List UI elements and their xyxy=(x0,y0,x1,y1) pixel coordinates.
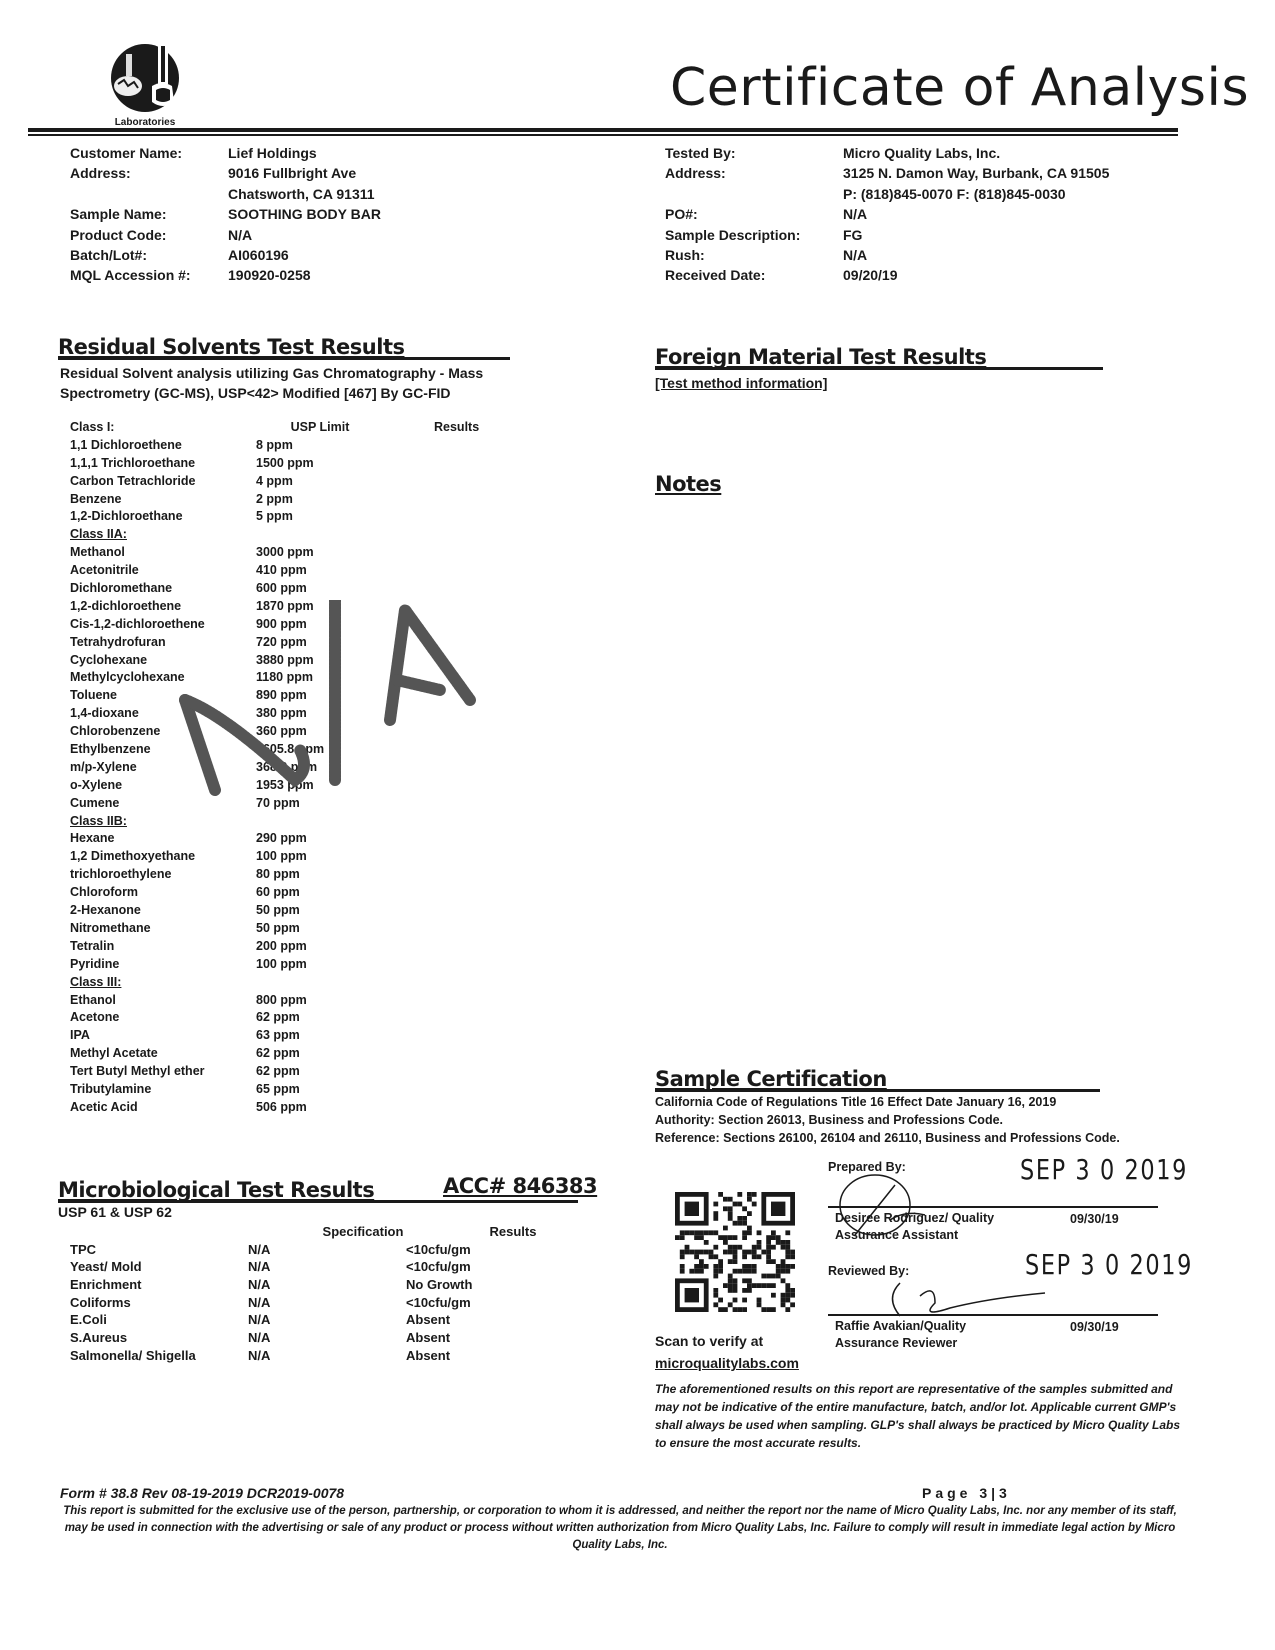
solvent-row: 1,2-Dichloroethane5 ppm xyxy=(70,508,514,526)
info-value: AI060196 xyxy=(228,245,289,265)
solvent-limit: 200 ppm xyxy=(256,938,406,956)
info-value: Micro Quality Labs, Inc. xyxy=(843,143,1000,163)
micro-row: TPCN/A<10cfu/gm xyxy=(70,1241,573,1259)
info-row: P: (818)845-0070 F: (818)845-0030 xyxy=(665,184,1109,204)
solvent-name: Tetralin xyxy=(70,938,256,956)
solvent-name: Chloroform xyxy=(70,884,256,902)
customer-info: Customer Name:Lief HoldingsAddress:9016 … xyxy=(70,143,381,286)
verify-link[interactable]: microqualitylabs.com xyxy=(655,1352,799,1374)
micro-name: E.Coli xyxy=(70,1311,248,1329)
micro-row: Salmonella/ ShigellaN/AAbsent xyxy=(70,1347,573,1365)
micro-row: Yeast/ MoldN/A<10cfu/gm xyxy=(70,1258,573,1276)
solvent-row: Carbon Tetrachloride4 ppm xyxy=(70,473,514,491)
micro-result: Absent xyxy=(406,1329,526,1347)
micro-row: S.AureusN/AAbsent xyxy=(70,1329,573,1347)
scan-text: Scan to verify at xyxy=(655,1333,763,1349)
solvent-limit: 2 ppm xyxy=(256,491,406,509)
solvent-limit: 1500 ppm xyxy=(256,455,406,473)
info-row: Product Code:N/A xyxy=(70,225,381,245)
solvent-name: Dichloromethane xyxy=(70,580,256,598)
solvent-class-header: Class III: xyxy=(70,974,514,992)
solvent-limit: 360 ppm xyxy=(256,723,406,741)
solvent-row: trichloroethylene80 ppm xyxy=(70,866,514,884)
info-row: PO#:N/A xyxy=(665,204,1109,224)
solvent-name: Methylcyclohexane xyxy=(70,669,256,687)
solvent-row: Acetonitrile410 ppm xyxy=(70,562,514,580)
solvent-name: 1,1,1 Trichloroethane xyxy=(70,455,256,473)
residual-solvents-title: Residual Solvents Test Results xyxy=(58,335,404,359)
col-results: Results xyxy=(434,419,514,437)
lab-info: Tested By:Micro Quality Labs, Inc.Addres… xyxy=(665,143,1109,286)
micro-spec: N/A xyxy=(248,1311,406,1329)
section-rule xyxy=(655,1089,1100,1092)
solvent-limit: 900 ppm xyxy=(256,616,406,634)
solvent-row: Pyridine100 ppm xyxy=(70,956,514,974)
solvent-limit: 600 ppm xyxy=(256,580,406,598)
reviewed-signature xyxy=(880,1278,1050,1318)
disclaimer: The aforementioned results on this repor… xyxy=(655,1380,1185,1452)
info-row: Rush:N/A xyxy=(665,245,1109,265)
micro-row: ColiformsN/A<10cfu/gm xyxy=(70,1294,573,1312)
solvent-name: Acetone xyxy=(70,1009,256,1027)
micro-result: <10cfu/gm xyxy=(406,1241,526,1259)
info-label: Customer Name: xyxy=(70,143,228,163)
solvent-row: Tetralin200 ppm xyxy=(70,938,514,956)
info-label: Address: xyxy=(665,163,843,183)
micro-result: <10cfu/gm xyxy=(406,1294,526,1312)
solvent-limit: 3880 ppm xyxy=(256,652,406,670)
accession-number: ACC# 846383 xyxy=(443,1174,597,1198)
document-title: Certificate of Analysis xyxy=(670,58,1249,118)
solvent-class-header: Class IIA: xyxy=(70,526,514,544)
info-label: Address: xyxy=(70,163,228,183)
info-row: Batch/Lot#:AI060196 xyxy=(70,245,381,265)
info-value: SOOTHING BODY BAR xyxy=(228,204,381,224)
solvent-row: Hexane290 ppm xyxy=(70,830,514,848)
solvent-name: Methyl Acetate xyxy=(70,1045,256,1063)
info-label: MQL Accession #: xyxy=(70,265,228,285)
info-label xyxy=(665,184,843,204)
micro-name: Coliforms xyxy=(70,1294,248,1312)
micro-name: S.Aureus xyxy=(70,1329,248,1347)
solvent-name: Acetic Acid xyxy=(70,1099,256,1117)
lab-logo: Laboratories xyxy=(100,40,190,130)
section-rule xyxy=(58,1200,578,1203)
header-rule xyxy=(28,128,1178,132)
prepared-date: 09/30/19 xyxy=(1070,1212,1119,1226)
prepared-date-stamp: SEP 3 0 2019 xyxy=(1020,1153,1188,1186)
class-name: Class IIB: xyxy=(70,813,256,831)
solvent-name: Acetonitrile xyxy=(70,562,256,580)
solvent-name: Ethanol xyxy=(70,992,256,1010)
solvent-row: Acetone62 ppm xyxy=(70,1009,514,1027)
solvent-limit: 4 ppm xyxy=(256,473,406,491)
solvent-class-header: Class I:USP LimitResults xyxy=(70,419,514,437)
solvent-limit: 410 ppm xyxy=(256,562,406,580)
info-label: Received Date: xyxy=(665,265,843,285)
info-label: Batch/Lot#: xyxy=(70,245,228,265)
solvent-limit: 60 ppm xyxy=(256,884,406,902)
solvent-row: 1,1 Dichloroethene8 ppm xyxy=(70,437,514,455)
solvent-limit: 1953 ppm xyxy=(256,777,406,795)
micro-name: Enrichment xyxy=(70,1276,248,1294)
info-row: Sample Name:SOOTHING BODY BAR xyxy=(70,204,381,224)
solvent-name: 2-Hexanone xyxy=(70,902,256,920)
solvent-limit: 368.9 ppm xyxy=(256,759,406,777)
solvent-name: 1,2 Dimethoxyethane xyxy=(70,848,256,866)
microbiological-subtitle: USP 61 & USP 62 xyxy=(58,1204,172,1220)
solvent-row: Chloroform60 ppm xyxy=(70,884,514,902)
info-value: P: (818)845-0070 F: (818)845-0030 xyxy=(843,184,1066,204)
info-row: Tested By:Micro Quality Labs, Inc. xyxy=(665,143,1109,163)
micro-header: SpecificationResults xyxy=(70,1223,573,1241)
micro-name: Yeast/ Mold xyxy=(70,1258,248,1276)
solvent-row: Ethylbenzene1605.8 ppm xyxy=(70,741,514,759)
micro-spec: N/A xyxy=(248,1258,406,1276)
svg-text:Laboratories: Laboratories xyxy=(115,117,176,128)
info-row: Address:3125 N. Damon Way, Burbank, CA 9… xyxy=(665,163,1109,183)
class-name: Class I: xyxy=(70,419,256,437)
solvent-limit: 62 ppm xyxy=(256,1009,406,1027)
reviewed-date-stamp: SEP 3 0 2019 xyxy=(1025,1248,1193,1281)
info-value: 09/20/19 xyxy=(843,265,898,285)
info-value: FG xyxy=(843,225,862,245)
solvent-limit: 62 ppm xyxy=(256,1045,406,1063)
micro-row: E.ColiN/AAbsent xyxy=(70,1311,573,1329)
micro-result: Absent xyxy=(406,1347,526,1365)
micro-spec: N/A xyxy=(248,1276,406,1294)
solvent-name: Methanol xyxy=(70,544,256,562)
solvent-row: Tributylamine65 ppm xyxy=(70,1081,514,1099)
solvent-name: 1,4-dioxane xyxy=(70,705,256,723)
info-row: Chatsworth, CA 91311 xyxy=(70,184,381,204)
info-value: N/A xyxy=(843,204,867,224)
solvent-name: Cis-1,2-dichloroethene xyxy=(70,616,256,634)
solvent-limit: 380 ppm xyxy=(256,705,406,723)
solvent-name: 1,1 Dichloroethene xyxy=(70,437,256,455)
solvent-row: Cyclohexane3880 ppm xyxy=(70,652,514,670)
micro-name: Salmonella/ Shigella xyxy=(70,1347,248,1365)
solvent-name: Tetrahydrofuran xyxy=(70,634,256,652)
solvent-limit: 50 ppm xyxy=(256,902,406,920)
solvent-row: Methylcyclohexane1180 ppm xyxy=(70,669,514,687)
reviewed-by-name: Raffie Avakian/Quality Assurance Reviewe… xyxy=(835,1318,966,1352)
micro-row: EnrichmentN/ANo Growth xyxy=(70,1276,573,1294)
solvent-limit: 800 ppm xyxy=(256,992,406,1010)
solvent-row: Ethanol800 ppm xyxy=(70,992,514,1010)
solvent-row: Methanol3000 ppm xyxy=(70,544,514,562)
solvent-name: IPA xyxy=(70,1027,256,1045)
info-row: Address:9016 Fullbright Ave xyxy=(70,163,381,183)
solvent-limit: 890 ppm xyxy=(256,687,406,705)
solvent-name: Carbon Tetrachloride xyxy=(70,473,256,491)
solvent-row: 1,2 Dimethoxyethane100 ppm xyxy=(70,848,514,866)
foreign-material-title: Foreign Material Test Results xyxy=(655,345,986,369)
solvent-limit: 3000 ppm xyxy=(256,544,406,562)
solvent-limit: 80 ppm xyxy=(256,866,406,884)
solvent-name: Pyridine xyxy=(70,956,256,974)
certification-line: Reference: Sections 26100, 26104 and 261… xyxy=(655,1129,1120,1147)
info-row: Customer Name:Lief Holdings xyxy=(70,143,381,163)
solvent-row: Nitromethane50 ppm xyxy=(70,920,514,938)
micro-result: Absent xyxy=(406,1311,526,1329)
page-number: Page 3|3 xyxy=(922,1485,1011,1501)
info-row: MQL Accession #:190920-0258 xyxy=(70,265,381,285)
solvent-limit: 50 ppm xyxy=(256,920,406,938)
residual-solvents-description: Residual Solvent analysis utilizing Gas … xyxy=(60,363,520,403)
solvent-row: Toluene890 ppm xyxy=(70,687,514,705)
sample-certification-title: Sample Certification xyxy=(655,1067,887,1091)
certification-line: California Code of Regulations Title 16 … xyxy=(655,1093,1120,1111)
solvent-row: 2-Hexanone50 ppm xyxy=(70,902,514,920)
solvent-row: Cis-1,2-dichloroethene900 ppm xyxy=(70,616,514,634)
col-usp-limit: USP Limit xyxy=(256,419,384,437)
qr-code[interactable] xyxy=(675,1192,795,1312)
solvent-name: Tributylamine xyxy=(70,1081,256,1099)
solvent-limit: 65 ppm xyxy=(256,1081,406,1099)
info-row: Sample Description:FG xyxy=(665,225,1109,245)
solvent-row: o-Xylene1953 ppm xyxy=(70,777,514,795)
solvent-name: 1,2-dichloroethene xyxy=(70,598,256,616)
solvent-limit: 506 ppm xyxy=(256,1099,406,1117)
solvent-name: Toluene xyxy=(70,687,256,705)
solvent-row: m/p-Xylene368.9 ppm xyxy=(70,759,514,777)
solvent-name: Tert Butyl Methyl ether xyxy=(70,1063,256,1081)
solvent-row: IPA63 ppm xyxy=(70,1027,514,1045)
solvent-name: Ethylbenzene xyxy=(70,741,256,759)
section-rule xyxy=(655,367,1103,370)
micro-spec: N/A xyxy=(248,1347,406,1365)
scan-verify: Scan to verify at microqualitylabs.com xyxy=(655,1330,799,1374)
info-label: Sample Description: xyxy=(665,225,843,245)
info-row: Received Date:09/20/19 xyxy=(665,265,1109,285)
solvent-name: Hexane xyxy=(70,830,256,848)
solvent-name: trichloroethylene xyxy=(70,866,256,884)
solvent-limit: 5 ppm xyxy=(256,508,406,526)
microbiological-title: Microbiological Test Results xyxy=(58,1178,374,1202)
info-value: 9016 Fullbright Ave xyxy=(228,163,356,183)
solvent-limit: 720 ppm xyxy=(256,634,406,652)
info-value: Lief Holdings xyxy=(228,143,317,163)
class-name: Class IIA: xyxy=(70,526,256,544)
info-label: Tested By: xyxy=(665,143,843,163)
section-rule xyxy=(58,357,510,360)
solvent-row: Dichloromethane600 ppm xyxy=(70,580,514,598)
solvent-row: Chlorobenzene360 ppm xyxy=(70,723,514,741)
info-value: N/A xyxy=(228,225,252,245)
header-rule xyxy=(28,134,1178,136)
test-method-info: [Test method information] xyxy=(655,375,827,391)
info-label xyxy=(70,184,228,204)
form-id: Form # 38.8 Rev 08-19-2019 DCR2019-0078 xyxy=(60,1485,344,1501)
notes-title: Notes xyxy=(655,472,721,496)
solvent-row: Acetic Acid506 ppm xyxy=(70,1099,514,1117)
col-results: Results xyxy=(453,1223,573,1241)
certification-lines: California Code of Regulations Title 16 … xyxy=(655,1093,1120,1148)
solvent-limit: 8 ppm xyxy=(256,437,406,455)
class-name: Class III: xyxy=(70,974,256,992)
info-label: PO#: xyxy=(665,204,843,224)
solvent-name: 1,2-Dichloroethane xyxy=(70,508,256,526)
solvent-row: 1,2-dichloroethene1870 ppm xyxy=(70,598,514,616)
signature-line xyxy=(828,1314,1158,1316)
solvent-row: Cumene70 ppm xyxy=(70,795,514,813)
solvent-row: Tetrahydrofuran720 ppm xyxy=(70,634,514,652)
solvent-name: Nitromethane xyxy=(70,920,256,938)
solvent-limit: 70 ppm xyxy=(256,795,406,813)
info-value: 190920-0258 xyxy=(228,265,311,285)
solvent-limit: 290 ppm xyxy=(256,830,406,848)
info-value: 3125 N. Damon Way, Burbank, CA 91505 xyxy=(843,163,1109,183)
info-label: Rush: xyxy=(665,245,843,265)
info-value: N/A xyxy=(843,245,867,265)
solvent-limit: 100 ppm xyxy=(256,956,406,974)
solvent-limit: 1605.8 ppm xyxy=(256,741,406,759)
solvent-name: o-Xylene xyxy=(70,777,256,795)
solvent-limit: 1870 ppm xyxy=(256,598,406,616)
solvent-limit: 63 ppm xyxy=(256,1027,406,1045)
solvent-name: m/p-Xylene xyxy=(70,759,256,777)
info-value: Chatsworth, CA 91311 xyxy=(228,184,375,204)
solvent-row: 1,1,1 Trichloroethane1500 ppm xyxy=(70,455,514,473)
solvent-row: Methyl Acetate62 ppm xyxy=(70,1045,514,1063)
solvent-limit: 62 ppm xyxy=(256,1063,406,1081)
reviewed-by-label: Reviewed By: xyxy=(828,1264,909,1278)
solvent-table: Class I:USP LimitResults1,1 Dichloroethe… xyxy=(70,419,514,1117)
micro-result: No Growth xyxy=(406,1276,526,1294)
solvent-name: Cumene xyxy=(70,795,256,813)
solvent-limit: 100 ppm xyxy=(256,848,406,866)
solvent-name: Cyclohexane xyxy=(70,652,256,670)
solvent-name: Benzene xyxy=(70,491,256,509)
micro-table: SpecificationResultsTPCN/A<10cfu/gmYeast… xyxy=(70,1223,573,1365)
micro-name: TPC xyxy=(70,1241,248,1259)
legal-notice: This report is submitted for the exclusi… xyxy=(60,1503,1180,1554)
micro-spec: N/A xyxy=(248,1294,406,1312)
solvent-row: Tert Butyl Methyl ether62 ppm xyxy=(70,1063,514,1081)
solvent-row: Benzene2 ppm xyxy=(70,491,514,509)
solvent-class-header: Class IIB: xyxy=(70,813,514,831)
micro-result: <10cfu/gm xyxy=(406,1258,526,1276)
col-specification: Specification xyxy=(288,1223,438,1241)
micro-spec: N/A xyxy=(248,1241,406,1259)
solvent-name: Chlorobenzene xyxy=(70,723,256,741)
info-label: Sample Name: xyxy=(70,204,228,224)
info-label: Product Code: xyxy=(70,225,228,245)
signature-line xyxy=(828,1206,1158,1208)
solvent-row: 1,4-dioxane380 ppm xyxy=(70,705,514,723)
micro-spec: N/A xyxy=(248,1329,406,1347)
reviewed-date: 09/30/19 xyxy=(1070,1320,1119,1334)
solvent-limit: 1180 ppm xyxy=(256,669,406,687)
prepared-by-name: Desiree Rodriguez/ Quality Assurance Ass… xyxy=(835,1210,994,1244)
certification-line: Authority: Section 26013, Business and P… xyxy=(655,1111,1120,1129)
